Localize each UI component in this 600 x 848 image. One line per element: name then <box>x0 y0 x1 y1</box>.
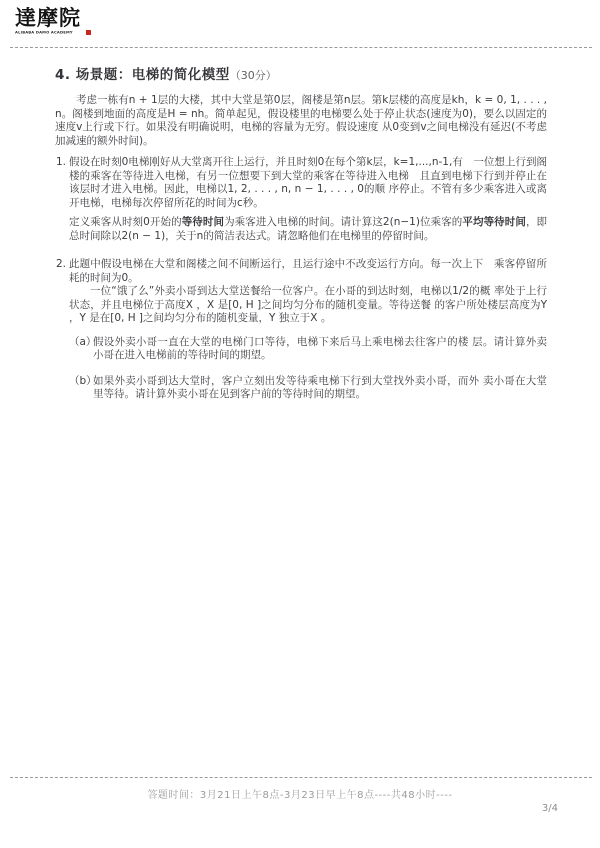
logo-subtitle-row: ALIBABA DAMO ACADEMY <box>15 29 91 36</box>
sub-question-a-text: 假设外卖小哥一直在大堂的电梯门口等待，电梯下来后马上乘电梯去往客户的楼 层。请计… <box>93 336 547 363</box>
page-number: 3/4 <box>542 803 558 814</box>
question-title-text: 4. 场景题：电梯的简化模型 <box>55 67 230 83</box>
answer-time-note: 答题时间：3月21日上午8点-3月23日早上午8点----共48小时---- <box>0 786 600 801</box>
logo-subtitle: ALIBABA DAMO ACADEMY <box>15 30 73 34</box>
question-intro-paragraph: 考虑一栋有n + 1层的大楼，其中大堂是第0层，阁楼是第n层。第k层楼的高度是k… <box>55 94 547 148</box>
item-1-definition-paragraph: 定义乘客从时刻0开始的等待时间为乘客进入电梯的时间。请计算这2(n−1)位乘客的… <box>69 216 547 243</box>
question-item-1: 1. 假设在时刻0电梯刚好从大堂离开往上运行，并且时刻0在每个第k层，k=1,.… <box>55 156 547 243</box>
item-1-bold-average-waiting-time: 平均等待时间 <box>462 216 526 228</box>
item-1-def-text-1: 定义乘客从时刻0开始的 <box>69 216 182 228</box>
item-1-number: 1. <box>56 156 66 170</box>
sub-question-b: （b） 如果外卖小哥到达大堂时，客户立刻出发等待乘电梯下行到大堂找外卖小哥，而外… <box>69 375 547 402</box>
question-title: 4. 场景题：电梯的简化模型（30分） <box>55 63 547 83</box>
sub-question-a-label: （a） <box>69 336 96 350</box>
sub-question-b-label: （b） <box>69 375 97 389</box>
item-1-def-text-2: 为乘客进入电梯的时间。请计算这2(n−1)位乘客的 <box>224 216 462 228</box>
item-2-scenario-paragraph: 一位“饿了么”外卖小哥到达大堂送餐给一位客户。在小哥的到达时刻，电梯以1/2的概… <box>69 285 547 326</box>
logo-title: 達摩院 <box>15 6 91 29</box>
question-item-2: 2. 此题中假设电梯在大堂和阁楼之间不间断运行，且运行途中不改变运行方向。每一次… <box>55 258 547 402</box>
item-1-body: 假设在时刻0电梯刚好从大堂离开往上运行，并且时刻0在每个第k层，k=1,...,… <box>69 156 547 210</box>
item-2-body: 此题中假设电梯在大堂和阁楼之间不间断运行，且运行途中不改变运行方向。每一次上下 … <box>69 258 547 285</box>
document-page: 達摩院 ALIBABA DAMO ACADEMY 4. 场景题：电梯的简化模型（… <box>0 0 600 848</box>
damo-academy-logo: 達摩院 ALIBABA DAMO ACADEMY <box>15 6 91 36</box>
sub-question-a: （a） 假设外卖小哥一直在大堂的电梯门口等待，电梯下来后马上乘电梯去往客户的楼 … <box>69 336 547 363</box>
question-content: 4. 场景题：电梯的简化模型（30分） 考虑一栋有n + 1层的大楼，其中大堂是… <box>55 63 547 402</box>
item-2-number: 2. <box>56 258 66 272</box>
footer-dashed-divider <box>10 777 592 778</box>
red-seal-icon <box>86 30 91 35</box>
header-dashed-divider <box>10 47 592 48</box>
item-1-bold-waiting-time: 等待时间 <box>182 216 224 228</box>
question-points: （30分） <box>230 69 277 82</box>
sub-question-b-text: 如果外卖小哥到达大堂时，客户立刻出发等待乘电梯下行到大堂找外卖小哥，而外 卖小哥… <box>93 375 547 402</box>
